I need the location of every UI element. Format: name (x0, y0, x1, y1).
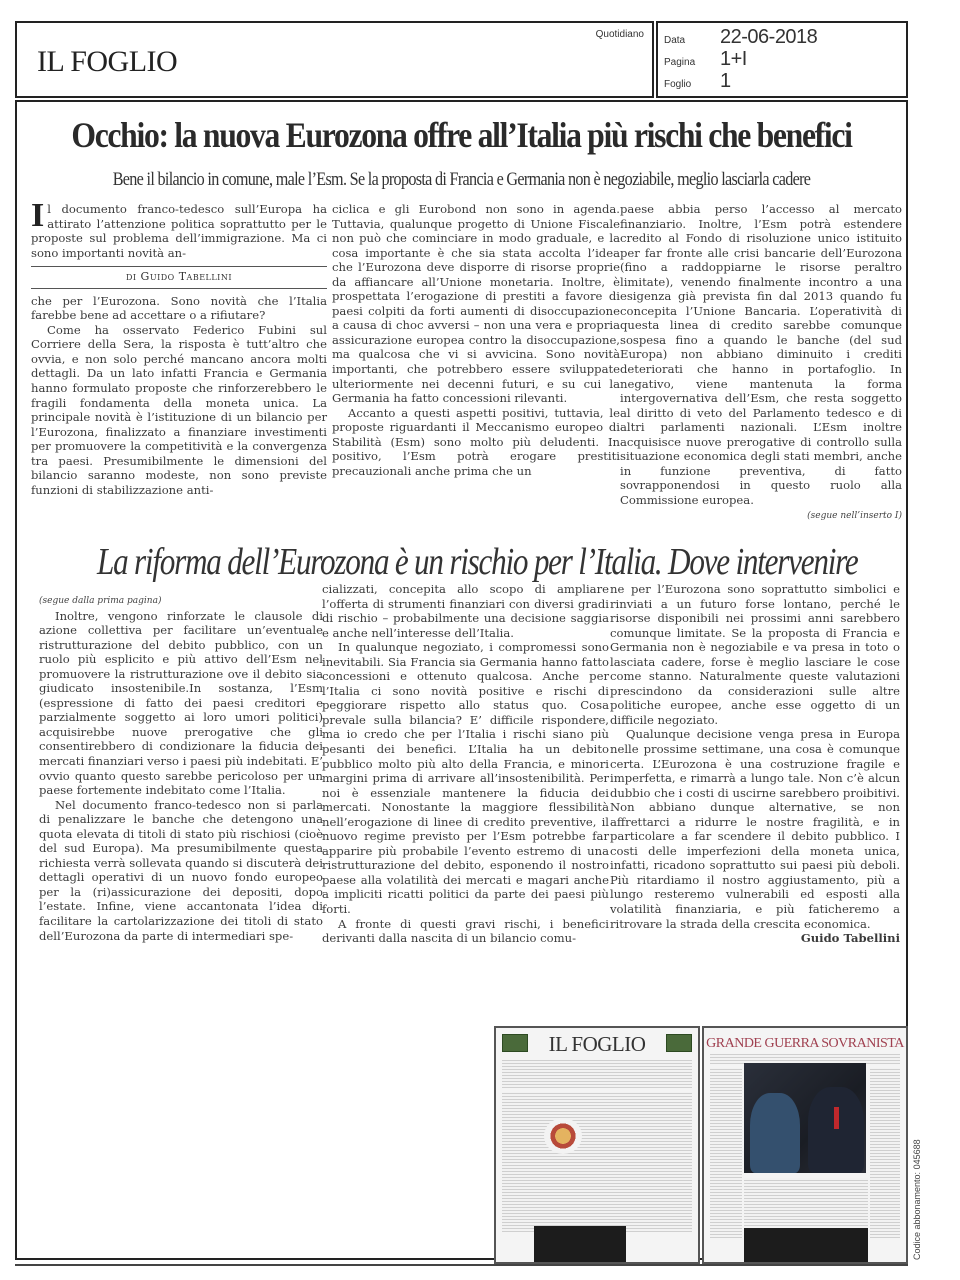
meta-value: 1 (720, 70, 731, 93)
text-block (870, 1068, 900, 1238)
publication-type: Quotidiano (596, 29, 644, 40)
paragraph: Inoltre, vengono rinforzate le clausole … (39, 609, 323, 798)
paragraph: In qualunque negoziato, i compromessi so… (322, 640, 609, 916)
subscription-code: Codice abbonamento: 045688 (912, 1148, 926, 1260)
paragraph: paese abbia perso l’accesso al mercato f… (620, 202, 902, 507)
meta-label: Data (664, 35, 720, 46)
paragraph: ne per l’Eurozona sono soprattutto simbo… (610, 582, 900, 727)
text-block (502, 1092, 692, 1232)
inside-headline: La riforma dell’Eurozona è un rischio pe… (97, 540, 826, 584)
illustration-image (544, 1118, 582, 1154)
signature: Guido Tabellini (610, 931, 900, 946)
text-block (710, 1068, 742, 1238)
continued-from-note: (segue dalla prima pagina) (39, 596, 161, 606)
paragraph: ciclica e gli Eurobond non sono in agend… (332, 202, 620, 406)
article1-column-3: paese abbia perso l’accesso al mercato f… (620, 202, 902, 524)
meta-label: Pagina (664, 57, 720, 68)
subheadline: Bene il bilancio in comune, male l’Esm. … (84, 169, 840, 191)
headline: Occhio: la nuova Eurozona offre all’Ital… (70, 114, 852, 156)
meta-row-page: Pagina 1+I (664, 48, 747, 71)
article1-column-2: ciclica e gli Eurobond non sono in agend… (332, 202, 620, 478)
article2-column-2: cializzati, concepita allo scopo di ampl… (322, 582, 609, 946)
article2-column-1: (segue dalla prima pagina) Inoltre, veng… (39, 592, 323, 943)
metadata-box: Data 22-06-2018 Pagina 1+I Foglio 1 (656, 21, 908, 98)
dropcap: I (31, 202, 44, 230)
paragraph: Nel documento franco-tedesco non si parl… (39, 798, 323, 943)
meta-row-date: Data 22-06-2018 (664, 26, 817, 49)
front-page-thumbnail: IL FOGLIO (494, 1026, 700, 1264)
news-photo (744, 1063, 866, 1173)
article-frame: Occhio: la nuova Eurozona offre all’Ital… (15, 100, 908, 1260)
insert-page-thumbnail: GRANDE GUERRA SOVRANISTA (702, 1026, 908, 1264)
meta-row-sheet: Foglio 1 (664, 70, 731, 93)
continued-note: (segue nell’inserto I) (807, 511, 902, 521)
thumbnail-title: GRANDE GUERRA SOVRANISTA (704, 1036, 906, 1052)
meta-value: 22-06-2018 (720, 26, 817, 49)
text-block (502, 1060, 692, 1088)
advert-box (534, 1226, 626, 1262)
paragraph: cializzati, concepita allo scopo di ampl… (322, 582, 609, 640)
meta-label: Foglio (664, 79, 720, 90)
masthead-box: IL FOGLIO Quotidiano (15, 21, 654, 98)
paragraph: A fronte di questi gravi rischi, i benef… (322, 917, 609, 946)
meta-value: 1+I (720, 48, 747, 71)
article1-column-1: Il documento franco-tedesco sull’Europa … (31, 202, 327, 497)
paragraph: Come ha osservato Federico Fubini sul Co… (31, 323, 327, 498)
paragraph: Qualunque decisione venga presa in Europ… (610, 727, 900, 931)
paragraph: che per l’Eurozona. Sono novità che l’It… (31, 294, 327, 323)
logo-emblem-icon (666, 1034, 692, 1052)
newspaper-name: IL FOGLIO (37, 45, 177, 79)
paragraph: Accanto a questi aspetti positivi, tutta… (332, 406, 620, 479)
intro-text: l documento franco-tedesco sull’Europa h… (31, 202, 327, 260)
advert-box (744, 1228, 868, 1262)
frame-bottom-rule (15, 1264, 908, 1266)
byline: di Guido Tabellini (31, 266, 327, 289)
article2-column-3: ne per l’Eurozona sono soprattutto simbo… (610, 582, 900, 946)
